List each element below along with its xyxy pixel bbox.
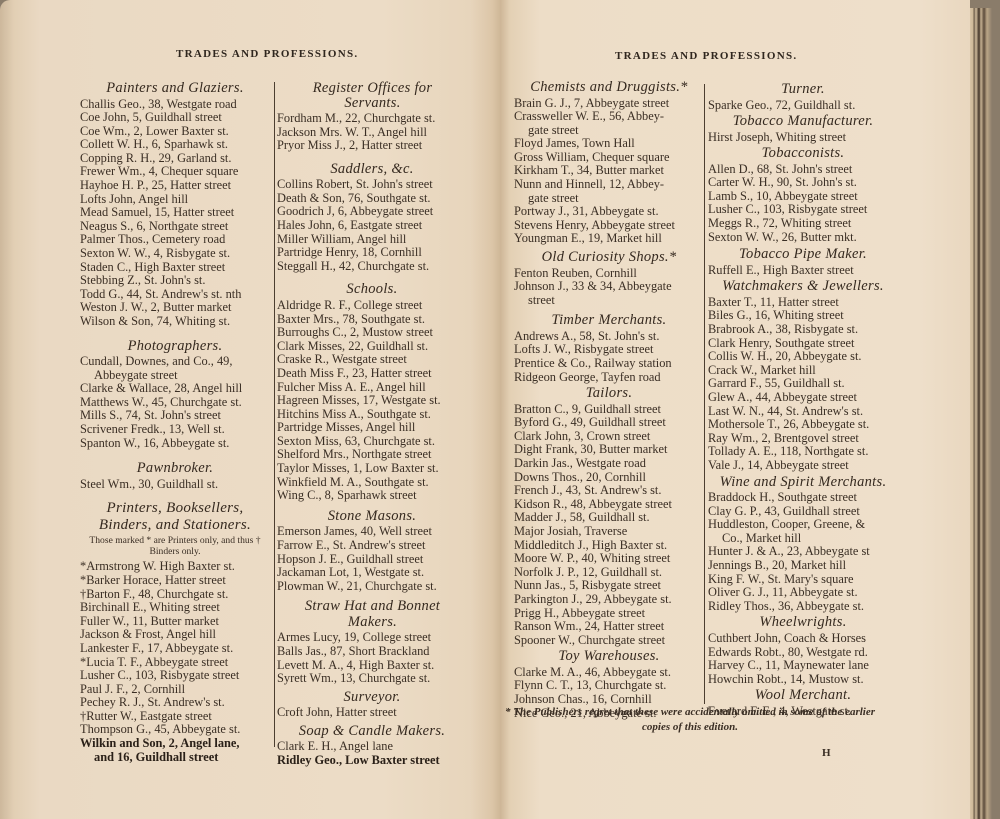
list-item: Sexton W. W., 26, Butter mkt. bbox=[708, 231, 898, 245]
list-item: Fenton Reuben, Cornhill bbox=[514, 267, 704, 281]
list-item: Todd G., 44, St. Andrew's st. nth bbox=[80, 288, 270, 302]
left-running-head: TRADES AND PROFESSIONS. bbox=[176, 48, 358, 60]
section-painters: Challis Geo., 38, Westgate road Coe John… bbox=[80, 98, 270, 329]
section-heading-pawnbroker: Pawnbroker. bbox=[80, 461, 270, 477]
list-item: Staden C., High Baxter street bbox=[80, 261, 270, 275]
section-tailors: Bratton C., 9, Guildhall street Byford G… bbox=[514, 403, 704, 648]
list-item: Jackaman Lot, 1, Westgate st. bbox=[277, 566, 467, 580]
list-item: Tollady A. E., 118, Northgate st. bbox=[708, 445, 898, 459]
list-item: Norfolk J. P., 12, Guildhall st. bbox=[514, 566, 704, 580]
left-column-2: Register Offices for Servants. Fordham M… bbox=[277, 81, 467, 767]
list-item: †Rutter W., Eastgate street bbox=[80, 710, 270, 724]
list-item: Hayhoe H. P., 25, Hatter street bbox=[80, 179, 270, 193]
list-item: Winkfield M. A., Southgate st. bbox=[277, 476, 467, 490]
list-item: Middleditch J., High Baxter st. bbox=[514, 539, 704, 553]
list-item: Scrivener Fredk., 13, Well st. bbox=[80, 423, 270, 437]
list-item: Mills S., 74, St. John's street bbox=[80, 409, 270, 423]
section-turner: Sparke Geo., 72, Guildhall st. bbox=[708, 99, 898, 113]
right-running-head: TRADES AND PROFESSIONS. bbox=[615, 50, 797, 62]
section-timber: Andrews A., 58, St. John's st. Lofts J. … bbox=[514, 330, 704, 384]
list-item: Birchinall E., Whiting street bbox=[80, 601, 270, 615]
list-item: Glew A., 44, Abbeygate street bbox=[708, 391, 898, 405]
list-item-continuation: gate street bbox=[514, 124, 704, 138]
list-item: Cuthbert John, Coach & Horses bbox=[708, 632, 898, 646]
section-wine-spirit: Braddock H., Southgate street Clay G. P.… bbox=[708, 491, 898, 613]
list-item: Challis Geo., 38, Westgate road bbox=[80, 98, 270, 112]
list-item: Youngman E., 19, Market hill bbox=[514, 232, 704, 246]
list-item: Fuller W., 11, Butter market bbox=[80, 615, 270, 629]
section-photographers: Cundall, Downes, and Co., 49, Abbeygate … bbox=[80, 355, 270, 450]
list-item: Baxter Mrs., 78, Southgate st. bbox=[277, 313, 467, 327]
right-column-2: Turner. Sparke Geo., 72, Guildhall st. T… bbox=[708, 82, 898, 718]
list-item: Palmer Thos., Cemetery road bbox=[80, 233, 270, 247]
section-heading-curiosity-shops: Old Curiosity Shops.* bbox=[514, 250, 704, 266]
list-item: Levett M. A., 4, High Baxter st. bbox=[277, 659, 467, 673]
list-item: Mead Samuel, 15, Hatter street bbox=[80, 206, 270, 220]
list-item: Cundall, Downes, and Co., 49, bbox=[80, 355, 270, 369]
list-item: †Barton F., 48, Churchgate st. bbox=[80, 588, 270, 602]
list-item: Clark Henry, Southgate street bbox=[708, 337, 898, 351]
list-item: Madder J., 58, Guildhall st. bbox=[514, 511, 704, 525]
list-item: Crack W., Market hill bbox=[708, 364, 898, 378]
section-heading-turner: Turner. bbox=[708, 82, 898, 98]
list-item-continuation: Co., Market hill bbox=[708, 532, 898, 546]
list-item: Hirst Joseph, Whiting street bbox=[708, 131, 898, 145]
list-item: Nunn and Hinnell, 12, Abbey- bbox=[514, 178, 704, 192]
list-item: Stebbing Z., St. John's st. bbox=[80, 274, 270, 288]
list-item: Mothersole T., 26, Abbeygate st. bbox=[708, 418, 898, 432]
list-item: Prigg H., Abbeygate street bbox=[514, 607, 704, 621]
list-item: Clark Misses, 22, Guildhall st. bbox=[277, 340, 467, 354]
section-chemists: Brain G. J., 7, Abbeygate street Crasswe… bbox=[514, 97, 704, 247]
section-heading-schools: Schools. bbox=[277, 282, 467, 298]
list-item: Nunn Jas., 5, Risbygate street bbox=[514, 579, 704, 593]
section-heading-watchmakers: Watchmakers & Jewellers. bbox=[708, 279, 898, 295]
section-heading-surveyor: Surveyor. bbox=[277, 690, 467, 706]
section-schools: Aldridge R. F., College street Baxter Mr… bbox=[277, 299, 467, 503]
list-item: Kidson R., 48, Abbeygate street bbox=[514, 498, 704, 512]
list-item: Allen D., 68, St. John's street bbox=[708, 163, 898, 177]
list-item: Emerson James, 40, Well street bbox=[277, 525, 467, 539]
section-heading-photographers: Photographers. bbox=[80, 339, 270, 355]
page-edges bbox=[970, 8, 992, 819]
list-item: Lankester F., 17, Abbeygate st. bbox=[80, 642, 270, 656]
list-item-continuation: street bbox=[514, 294, 704, 308]
list-item: Fulcher Miss A. E., Angel hill bbox=[277, 381, 467, 395]
section-heading-straw-hat: Straw Hat and Bonnet Makers. bbox=[285, 599, 460, 630]
list-item: Portway J., 31, Abbeygate st. bbox=[514, 205, 704, 219]
list-item: Hunter J. & A., 23, Abbeygate st bbox=[708, 545, 898, 559]
section-heading-painters: Painters and Glaziers. bbox=[80, 81, 270, 97]
list-item: Weston J. W., 2, Butter market bbox=[80, 301, 270, 315]
list-item: Copping R. H., 29, Garland st. bbox=[80, 152, 270, 166]
column-rule-left bbox=[274, 82, 275, 747]
list-item: Carter W. H., 90, St. John's st. bbox=[708, 176, 898, 190]
list-item: Syrett Wm., 13, Churchgate st. bbox=[277, 672, 467, 686]
list-item: Hitchins Miss A., Southgate st. bbox=[277, 408, 467, 422]
section-heading-chemists: Chemists and Druggists.* bbox=[514, 80, 704, 96]
list-item: Croft John, Hatter street bbox=[277, 706, 467, 720]
list-item: Lusher C., 103, Risbygate street bbox=[80, 669, 270, 683]
list-item: Oliver G. J., 11, Abbeygate st. bbox=[708, 586, 898, 600]
list-item: Dight Frank, 30, Butter market bbox=[514, 443, 704, 457]
list-item: Aldridge R. F., College street bbox=[277, 299, 467, 313]
signature-mark: H bbox=[822, 747, 831, 759]
list-item: Downs Thos., 20, Cornhill bbox=[514, 471, 704, 485]
list-item: Miller William, Angel hill bbox=[277, 233, 467, 247]
list-item: Vale J., 14, Abbeygate street bbox=[708, 459, 898, 473]
list-item: Jennings B., 20, Market hill bbox=[708, 559, 898, 573]
list-item: Sexton W. W., 4, Risbygate st. bbox=[80, 247, 270, 261]
list-item: Darkin Jas., Westgate road bbox=[514, 457, 704, 471]
list-item: Johnson J., 33 & 34, Abbeygate bbox=[514, 280, 704, 294]
list-item: Bratton C., 9, Guildhall street bbox=[514, 403, 704, 417]
list-item: Collins Robert, St. John's street bbox=[277, 178, 467, 192]
list-item: Ridgeon George, Tayfen road bbox=[514, 371, 704, 385]
section-pipe-maker: Ruffell E., High Baxter street bbox=[708, 264, 898, 278]
section-soap-candle: Clark E. H., Angel lane Ridley Geo., Low… bbox=[277, 740, 467, 767]
list-item: Parkington J., 29, Abbeygate st. bbox=[514, 593, 704, 607]
section-watchmakers: Baxter T., 11, Hatter street Biles G., 1… bbox=[708, 296, 898, 473]
section-stone-masons: Emerson James, 40, Well street Farrow E.… bbox=[277, 525, 467, 593]
section-heading-tailors: Tailors. bbox=[514, 386, 704, 402]
list-item: Lamb S., 10, Abbeygate street bbox=[708, 190, 898, 204]
list-item: Ridley Thos., 36, Abbeygate st. bbox=[708, 600, 898, 614]
list-item: Ray Wm., 2, Brentgovel street bbox=[708, 432, 898, 446]
list-item: Partridge Henry, 18, Cornhill bbox=[277, 246, 467, 260]
list-item: Hagreen Misses, 17, Westgate st. bbox=[277, 394, 467, 408]
list-item: Death & Son, 76, Southgate st. bbox=[277, 192, 467, 206]
list-item: Steel Wm., 30, Guildhall st. bbox=[80, 478, 270, 492]
list-item: Pechey R. J., St. Andrew's st. bbox=[80, 696, 270, 710]
section-surveyor: Croft John, Hatter street bbox=[277, 706, 467, 720]
list-item: Jackson & Frost, Angel hill bbox=[80, 628, 270, 642]
section-tobacconists: Allen D., 68, St. John's street Carter W… bbox=[708, 163, 898, 245]
list-item-continuation: Abbeygate street bbox=[80, 369, 270, 383]
list-item: Brain G. J., 7, Abbeygate street bbox=[514, 97, 704, 111]
list-item: Floyd James, Town Hall bbox=[514, 137, 704, 151]
list-item: Lofts John, Angel hill bbox=[80, 193, 270, 207]
list-item: Clarke M. A., 46, Abbeygate st. bbox=[514, 666, 704, 680]
list-item: Collis W. H., 20, Abbeygate st. bbox=[708, 350, 898, 364]
list-item: Steggall H., 42, Churchgate st. bbox=[277, 260, 467, 274]
list-item: Andrews A., 58, St. John's st. bbox=[514, 330, 704, 344]
section-heading-saddlers: Saddlers, &c. bbox=[277, 162, 467, 178]
section-heading-printers: Printers, Booksellers, Binders, and Stat… bbox=[80, 500, 270, 534]
list-item: Harvey C., 11, Maynewater lane bbox=[708, 659, 898, 673]
publishers-footnote: * The Publishers regret that these were … bbox=[505, 705, 875, 735]
list-item: *Armstrong W. High Baxter st. bbox=[80, 560, 270, 574]
list-item: Clark E. H., Angel lane bbox=[277, 740, 467, 754]
list-item: Sparke Geo., 72, Guildhall st. bbox=[708, 99, 898, 113]
list-item: Wilkin and Son, 2, Angel lane, bbox=[80, 737, 270, 751]
list-item: Sexton Miss, 63, Churchgate st. bbox=[277, 435, 467, 449]
list-item: Braddock H., Southgate street bbox=[708, 491, 898, 505]
list-item: Craske R., Westgate street bbox=[277, 353, 467, 367]
list-item: Burroughs C., 2, Mustow street bbox=[277, 326, 467, 340]
list-item: Frewer Wm., 4, Chequer square bbox=[80, 165, 270, 179]
list-item: Plowman W., 21, Churchgate st. bbox=[277, 580, 467, 594]
list-item: Collett W. H., 6, Sparhawk st. bbox=[80, 138, 270, 152]
list-item: Edwards Robt., 80, Westgate rd. bbox=[708, 646, 898, 660]
section-heading-toy-warehouses: Toy Warehouses. bbox=[514, 649, 704, 665]
section-pawnbroker: Steel Wm., 30, Guildhall st. bbox=[80, 478, 270, 492]
list-item: Pryor Miss J., 2, Hatter street bbox=[277, 139, 467, 153]
list-item: Clark John, 3, Crown street bbox=[514, 430, 704, 444]
list-item: Ruffell E., High Baxter street bbox=[708, 264, 898, 278]
list-item: Paul J. F., 2, Cornhill bbox=[80, 683, 270, 697]
list-item: King F. W., St. Mary's square bbox=[708, 573, 898, 587]
list-item: Taylor Misses, 1, Low Baxter st. bbox=[277, 462, 467, 476]
list-item: Lofts J. W., Risbygate street bbox=[514, 343, 704, 357]
list-item: Neagus S., 6, Northgate street bbox=[80, 220, 270, 234]
section-curiosity-shops: Fenton Reuben, Cornhill Johnson J., 33 &… bbox=[514, 267, 704, 308]
list-item: Huddleston, Cooper, Greene, & bbox=[708, 518, 898, 532]
list-item: Meggs R., 72, Whiting street bbox=[708, 217, 898, 231]
section-tobacco-manufacturer: Hirst Joseph, Whiting street bbox=[708, 131, 898, 145]
list-item: *Lucia T. F., Abbeygate street bbox=[80, 656, 270, 670]
section-heading-tobacconists: Tobacconists. bbox=[708, 146, 898, 162]
section-heading-timber: Timber Merchants. bbox=[514, 313, 704, 329]
list-item: Ridley Geo., Low Baxter street bbox=[277, 754, 467, 768]
section-heading-wool-merchant: Wool Merchant. bbox=[708, 688, 898, 704]
list-item: Fordham M., 22, Churchgate st. bbox=[277, 112, 467, 126]
list-item: Coe John, 5, Guildhall street bbox=[80, 111, 270, 125]
left-column-1: Painters and Glaziers. Challis Geo., 38,… bbox=[80, 81, 270, 764]
list-item: Howchin Robt., 14, Mustow st. bbox=[708, 673, 898, 687]
list-item: *Barker Horace, Hatter street bbox=[80, 574, 270, 588]
book-spread: TRADES AND PROFESSIONS. Painters and Gla… bbox=[0, 0, 1000, 819]
printers-note: Those marked * are Printers only, and th… bbox=[80, 536, 270, 557]
list-item: Gross William, Chequer square bbox=[514, 151, 704, 165]
list-item: Spanton W., 16, Abbeygate st. bbox=[80, 437, 270, 451]
list-item: Byford G., 49, Guildhall street bbox=[514, 416, 704, 430]
list-item: Coe Wm., 2, Lower Baxter st. bbox=[80, 125, 270, 139]
list-item: Baxter T., 11, Hatter street bbox=[708, 296, 898, 310]
list-item: Flynn C. T., 13, Churchgate st. bbox=[514, 679, 704, 693]
list-item: Hales John, 6, Eastgate street bbox=[277, 219, 467, 233]
list-item: Lusher C., 103, Risbygate street bbox=[708, 203, 898, 217]
list-item: Clarke & Wallace, 28, Angel hill bbox=[80, 382, 270, 396]
list-item: Wilson & Son, 74, Whiting st. bbox=[80, 315, 270, 329]
section-wheelwrights: Cuthbert John, Coach & Horses Edwards Ro… bbox=[708, 632, 898, 686]
section-heading-soap-candle: Soap & Candle Makers. bbox=[277, 724, 467, 740]
list-item: Partridge Misses, Angel hill bbox=[277, 421, 467, 435]
list-item: Shelford Mrs., Northgate street bbox=[277, 448, 467, 462]
list-item: Balls Jas., 87, Short Brackland bbox=[277, 645, 467, 659]
section-register-offices: Fordham M., 22, Churchgate st. Jackson M… bbox=[277, 112, 467, 153]
list-item: Major Josiah, Traverse bbox=[514, 525, 704, 539]
list-item: Goodrich J, 6, Abbeygate street bbox=[277, 205, 467, 219]
list-item: Farrow E., St. Andrew's street bbox=[277, 539, 467, 553]
section-heading-wine-spirit: Wine and Spirit Merchants. bbox=[708, 475, 898, 491]
list-item-continuation: gate street bbox=[514, 192, 704, 206]
section-saddlers: Collins Robert, St. John's street Death … bbox=[277, 178, 467, 273]
list-item: Armes Lucy, 19, College street bbox=[277, 631, 467, 645]
list-item-continuation: and 16, Guildhall street bbox=[80, 751, 270, 765]
list-item: Jackson Mrs. W. T., Angel hill bbox=[277, 126, 467, 140]
list-item: Brabrook A., 38, Risbygate st. bbox=[708, 323, 898, 337]
list-item: Crassweller W. E., 56, Abbey- bbox=[514, 110, 704, 124]
list-item: Wing C., 8, Sparhawk street bbox=[277, 489, 467, 503]
right-column-1: Chemists and Druggists.* Brain G. J., 7,… bbox=[514, 80, 704, 720]
section-straw-hat: Armes Lucy, 19, College street Balls Jas… bbox=[277, 631, 467, 685]
list-item: Hopson J. E., Guildhall street bbox=[277, 553, 467, 567]
list-item: Death Miss F., 23, Hatter street bbox=[277, 367, 467, 381]
list-item: Biles G., 16, Whiting street bbox=[708, 309, 898, 323]
section-heading-wheelwrights: Wheelwrights. bbox=[708, 615, 898, 631]
section-printers: *Armstrong W. High Baxter st. *Barker Ho… bbox=[80, 560, 270, 764]
list-item: Stevens Henry, Abbeygate street bbox=[514, 219, 704, 233]
list-item: Last W. N., 44, St. Andrew's st. bbox=[708, 405, 898, 419]
list-item: Thompson G., 45, Abbeygate st. bbox=[80, 723, 270, 737]
list-item: Garrard F., 55, Guildhall st. bbox=[708, 377, 898, 391]
list-item: Clay G. P., 43, Guildhall street bbox=[708, 505, 898, 519]
list-item: Prentice & Co., Railway station bbox=[514, 357, 704, 371]
list-item: French J., 43, St. Andrew's st. bbox=[514, 484, 704, 498]
section-heading-stone-masons: Stone Masons. bbox=[277, 509, 467, 525]
list-item: Moore W. P., 40, Whiting street bbox=[514, 552, 704, 566]
list-item: Kirkham T., 34, Butter market bbox=[514, 164, 704, 178]
section-heading-register-offices: Register Offices for Servants. bbox=[285, 81, 460, 111]
list-item: Matthews W., 45, Churchgate st. bbox=[80, 396, 270, 410]
list-item: Spooner W., Churchgate street bbox=[514, 634, 704, 648]
list-item: Ranson Wm., 24, Hatter street bbox=[514, 620, 704, 634]
column-rule-right bbox=[704, 84, 705, 704]
section-heading-tobacco-manufacturer: Tobacco Manufacturer. bbox=[708, 114, 898, 130]
section-heading-pipe-maker: Tobacco Pipe Maker. bbox=[708, 247, 898, 263]
